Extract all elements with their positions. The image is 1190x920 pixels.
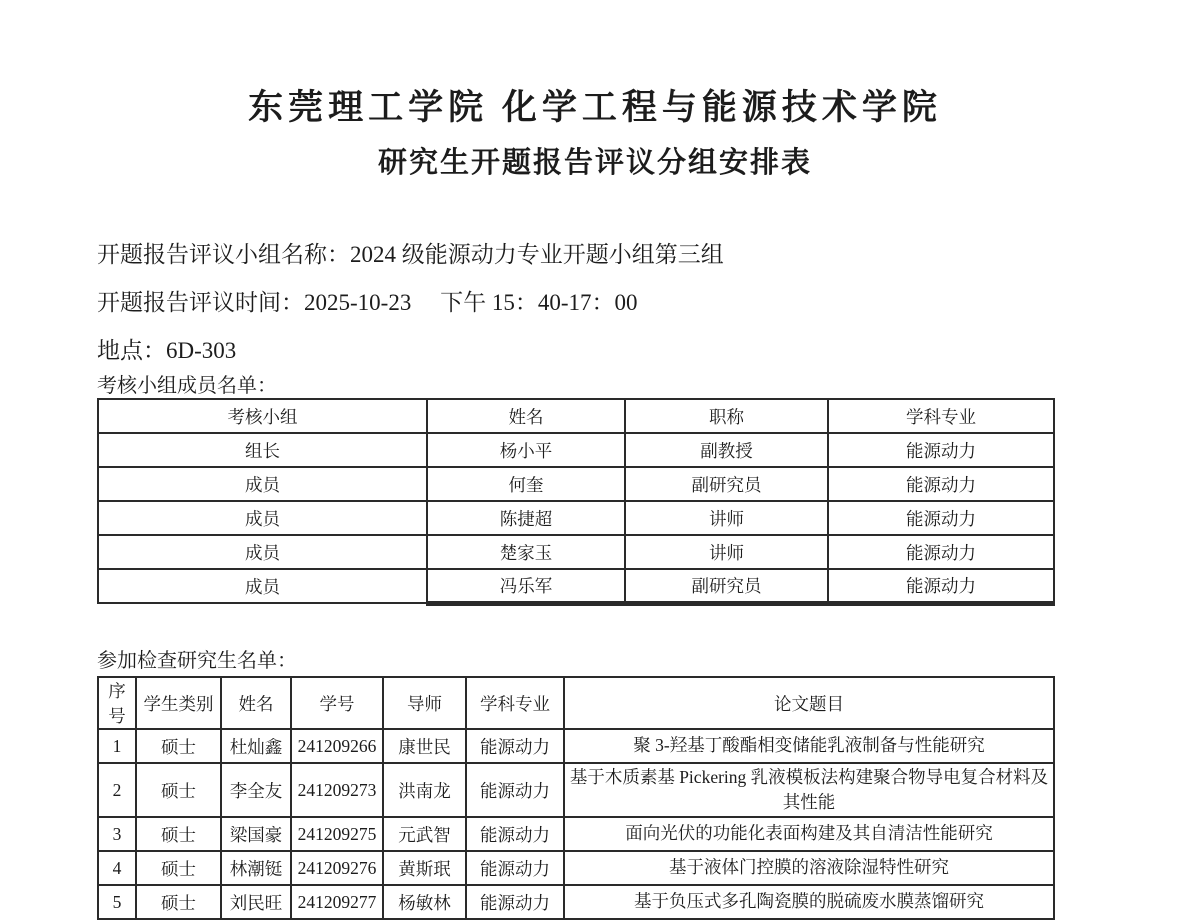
document-title: 东莞理工学院 化学工程与能源技术学院 <box>0 80 1190 130</box>
major-cell: 能源动力 <box>466 817 564 851</box>
committee-row: 组长 杨小平 副教授 能源动力 <box>98 433 1054 467</box>
column-header-name: 姓名 <box>221 677 291 729</box>
major-cell: 能源动力 <box>828 467 1054 501</box>
column-header-major: 学科专业 <box>466 677 564 729</box>
student-type-cell: 硕士 <box>136 763 221 817</box>
student-id-cell: 241209266 <box>291 729 383 763</box>
name-cell: 梁国豪 <box>221 817 291 851</box>
column-header-student-type: 学生类别 <box>136 677 221 729</box>
review-group-name-line: 开题报告评议小组名称：2024 级能源动力专业开题小组第三组 <box>97 236 724 269</box>
committee-row: 成员 陈捷超 讲师 能源动力 <box>98 501 1054 535</box>
index-cell: 2 <box>98 763 136 817</box>
column-header-thesis-title: 论文题目 <box>564 677 1054 729</box>
index-cell: 3 <box>98 817 136 851</box>
column-header-supervisor: 导师 <box>383 677 466 729</box>
title-cell: 副研究员 <box>625 569 828 603</box>
role-cell: 成员 <box>98 569 427 603</box>
committee-row: 成员 楚家玉 讲师 能源动力 <box>98 535 1054 569</box>
name-cell: 刘民旺 <box>221 885 291 919</box>
student-type-cell: 硕士 <box>136 851 221 885</box>
name-cell: 李全友 <box>221 763 291 817</box>
student-type-cell: 硕士 <box>136 729 221 763</box>
major-cell: 能源动力 <box>828 501 1054 535</box>
index-cell: 5 <box>98 885 136 919</box>
students-header-row: 序号 学生类别 姓名 学号 导师 学科专业 论文题目 <box>98 677 1054 729</box>
students-list-label: 参加检查研究生名单： <box>97 644 297 673</box>
name-cell: 杜灿鑫 <box>221 729 291 763</box>
students-table: 序号 学生类别 姓名 学号 导师 学科专业 论文题目 1 硕士 杜灿鑫 2412… <box>97 676 1055 920</box>
supervisor-cell: 黄斯珉 <box>383 851 466 885</box>
column-header-title: 职称 <box>625 399 828 433</box>
name-cell: 何奎 <box>427 467 625 501</box>
role-cell: 成员 <box>98 535 427 569</box>
student-id-cell: 241209273 <box>291 763 383 817</box>
title-cell: 副教授 <box>625 433 828 467</box>
student-row: 4 硕士 林潮铤 241209276 黄斯珉 能源动力 基于液体门控膜的溶液除湿… <box>98 851 1054 885</box>
name-cell: 陈捷超 <box>427 501 625 535</box>
role-cell: 成员 <box>98 467 427 501</box>
committee-list-label: 考核小组成员名单： <box>97 369 277 398</box>
index-cell: 4 <box>98 851 136 885</box>
student-row: 2 硕士 李全友 241209273 洪南龙 能源动力 基于木质素基 Picke… <box>98 763 1054 817</box>
committee-row: 成员 冯乐军 副研究员 能源动力 <box>98 569 1054 603</box>
major-cell: 能源动力 <box>466 763 564 817</box>
name-cell: 冯乐军 <box>427 569 625 603</box>
thesis-title-cell: 基于负压式多孔陶瓷膜的脱硫废水膜蒸馏研究 <box>564 885 1054 919</box>
student-type-cell: 硕士 <box>136 817 221 851</box>
review-location-line: 地点：6D-303 <box>97 332 236 365</box>
major-cell: 能源动力 <box>828 433 1054 467</box>
thesis-title-cell: 聚 3-羟基丁酸酯相变储能乳液制备与性能研究 <box>564 729 1054 763</box>
title-cell: 讲师 <box>625 535 828 569</box>
column-header-index: 序号 <box>98 677 136 729</box>
column-header-student-id: 学号 <box>291 677 383 729</box>
name-cell: 林潮铤 <box>221 851 291 885</box>
student-id-cell: 241209276 <box>291 851 383 885</box>
index-cell: 1 <box>98 729 136 763</box>
column-header-role: 考核小组 <box>98 399 427 433</box>
document-page: 东莞理工学院 化学工程与能源技术学院 研究生开题报告评议分组安排表 开题报告评议… <box>0 0 1190 920</box>
name-cell: 楚家玉 <box>427 535 625 569</box>
student-row: 3 硕士 梁国豪 241209275 元武智 能源动力 面向光伏的功能化表面构建… <box>98 817 1054 851</box>
student-id-cell: 241209277 <box>291 885 383 919</box>
committee-header-row: 考核小组 姓名 职称 学科专业 <box>98 399 1054 433</box>
document-subtitle: 研究生开题报告评议分组安排表 <box>0 140 1190 181</box>
supervisor-cell: 杨敏林 <box>383 885 466 919</box>
major-cell: 能源动力 <box>828 535 1054 569</box>
student-row: 5 硕士 刘民旺 241209277 杨敏林 能源动力 基于负压式多孔陶瓷膜的脱… <box>98 885 1054 919</box>
student-type-cell: 硕士 <box>136 885 221 919</box>
major-cell: 能源动力 <box>466 885 564 919</box>
supervisor-cell: 康世民 <box>383 729 466 763</box>
supervisor-cell: 洪南龙 <box>383 763 466 817</box>
major-cell: 能源动力 <box>828 569 1054 603</box>
review-time-line: 开题报告评议时间：2025-10-23 下午 15：40-17：00 <box>97 284 637 317</box>
major-cell: 能源动力 <box>466 729 564 763</box>
column-header-major: 学科专业 <box>828 399 1054 433</box>
student-id-cell: 241209275 <box>291 817 383 851</box>
role-cell: 成员 <box>98 501 427 535</box>
title-cell: 副研究员 <box>625 467 828 501</box>
name-cell: 杨小平 <box>427 433 625 467</box>
thesis-title-cell: 基于木质素基 Pickering 乳液模板法构建聚合物导电复合材料及其性能 <box>564 763 1054 817</box>
thesis-title-cell: 基于液体门控膜的溶液除湿特性研究 <box>564 851 1054 885</box>
column-header-name: 姓名 <box>427 399 625 433</box>
student-row: 1 硕士 杜灿鑫 241209266 康世民 能源动力 聚 3-羟基丁酸酯相变储… <box>98 729 1054 763</box>
role-cell: 组长 <box>98 433 427 467</box>
supervisor-cell: 元武智 <box>383 817 466 851</box>
title-cell: 讲师 <box>625 501 828 535</box>
major-cell: 能源动力 <box>466 851 564 885</box>
committee-table: 考核小组 姓名 职称 学科专业 组长 杨小平 副教授 能源动力 成员 何奎 副研… <box>97 398 1055 606</box>
thesis-title-cell: 面向光伏的功能化表面构建及其自清洁性能研究 <box>564 817 1054 851</box>
committee-row: 成员 何奎 副研究员 能源动力 <box>98 467 1054 501</box>
